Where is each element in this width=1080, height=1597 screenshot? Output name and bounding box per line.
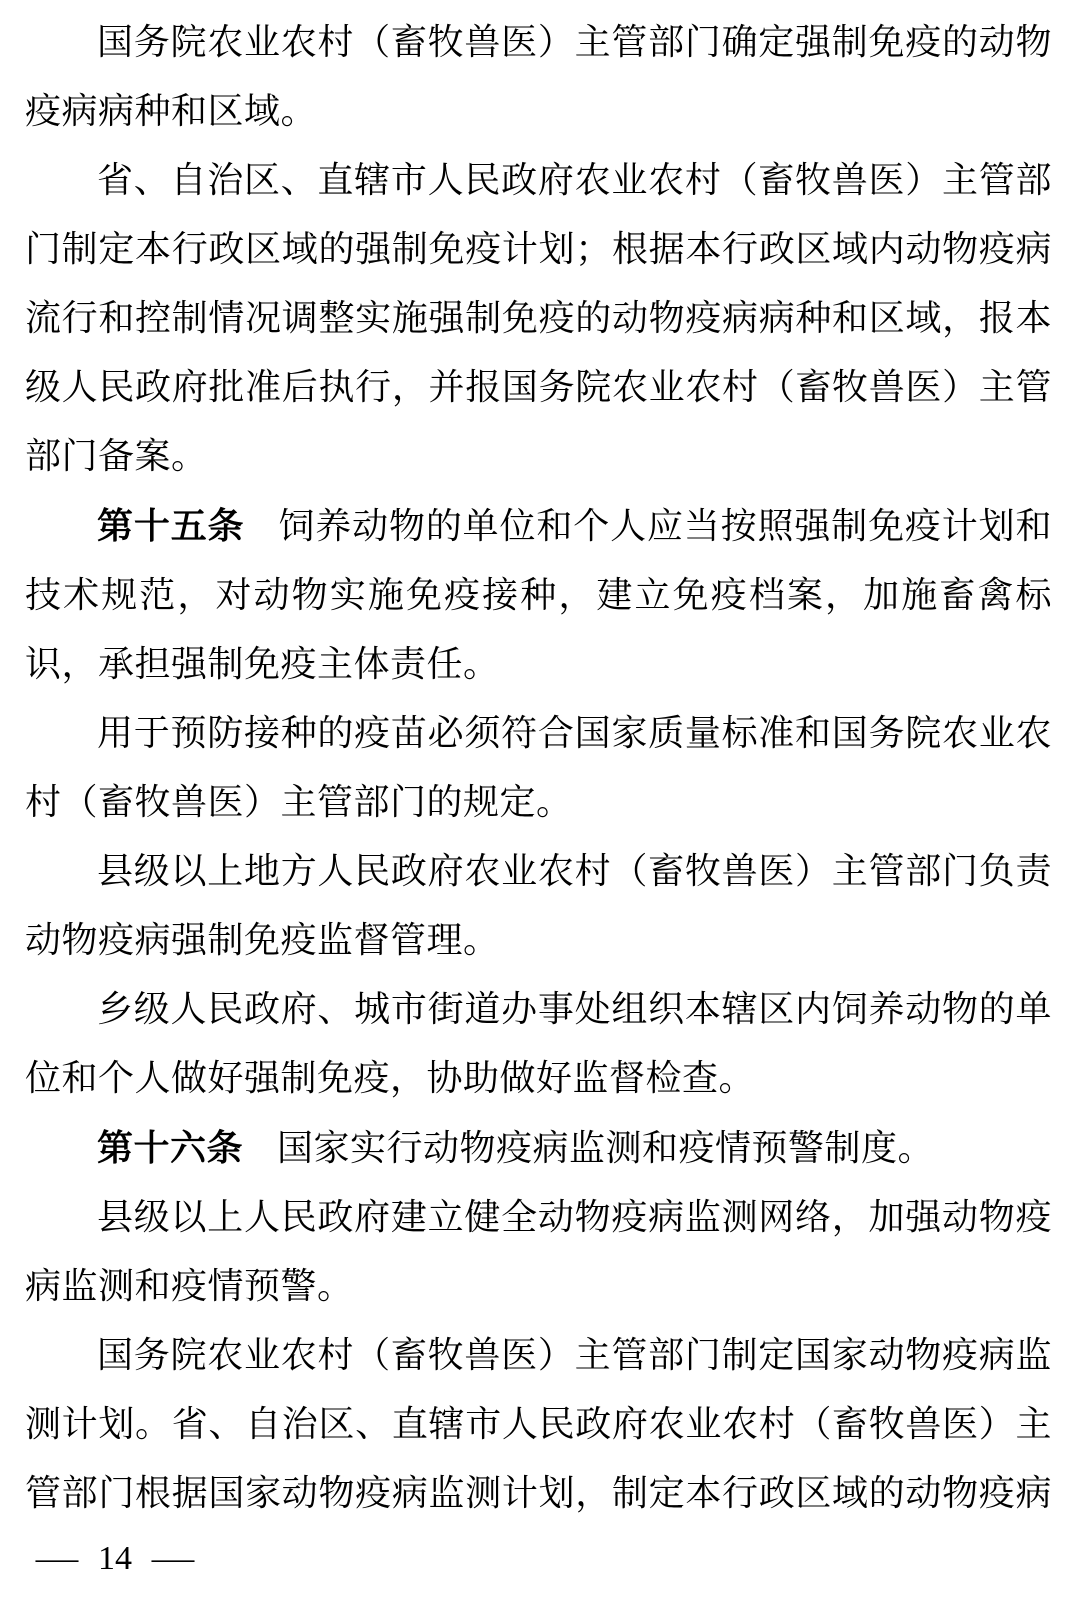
article-heading: 第十五条 (97, 505, 244, 546)
text-line: 国务院农业农村（畜牧兽医）主管部门制定国家动物疫病监 (25, 1321, 1052, 1390)
text-line: 国务院农业农村（畜牧兽医）主管部门确定强制免疫的动物 (25, 8, 1052, 77)
text-line: 流行和控制情况调整实施强制免疫的动物疫病病种和区域，报本 (25, 284, 1052, 353)
text-line: 管部门根据国家动物疫病监测计划，制定本行政区域的动物疫病 (25, 1459, 1052, 1528)
article-heading: 第十六条 (97, 1127, 243, 1168)
paragraph: 用于预防接种的疫苗必须符合国家质量标准和国务院农业农 村（畜牧兽医）主管部门的规… (25, 699, 1052, 837)
paragraph: 乡级人民政府、城市街道办事处组织本辖区内饲养动物的单 位和个人做好强制免疫，协助… (25, 975, 1052, 1113)
text-line: 县级以上人民政府建立健全动物疫病监测网络，加强动物疫 (25, 1183, 1052, 1252)
paragraph: 县级以上人民政府建立健全动物疫病监测网络，加强动物疫 病监测和疫情预警。 (25, 1183, 1052, 1321)
document-body: 国务院农业农村（畜牧兽医）主管部门确定强制免疫的动物 疫病病种和区域。 省、自治… (25, 8, 1052, 1528)
text-line: 测计划。省、自治区、直辖市人民政府农业农村（畜牧兽医）主 (25, 1390, 1052, 1459)
footer-dash-right: — (152, 1540, 195, 1578)
page-number: 14 (98, 1540, 132, 1578)
paragraph: 国务院农业农村（畜牧兽医）主管部门确定强制免疫的动物 疫病病种和区域。 (25, 8, 1052, 146)
text-line: 部门备案。 (25, 422, 1052, 491)
text-line: 位和个人做好强制免疫，协助做好监督检查。 (25, 1044, 1052, 1113)
text-line: 省、自治区、直辖市人民政府农业农村（畜牧兽医）主管部 (25, 146, 1052, 215)
text-line: 县级以上地方人民政府农业农村（畜牧兽医）主管部门负责 (25, 837, 1052, 906)
text-line: 疫病病种和区域。 (25, 77, 1052, 146)
text-line: 病监测和疫情预警。 (25, 1252, 1052, 1321)
article-lead-text: 国家实行动物疫病监测和疫情预警制度。 (277, 1128, 934, 1168)
text-line: 动物疫病强制免疫监督管理。 (25, 906, 1052, 975)
article-lead-text: 饲养动物的单位和个人应当按照强制免疫计划和 (278, 506, 1052, 546)
paragraph: 省、自治区、直辖市人民政府农业农村（畜牧兽医）主管部 门制定本行政区域的强制免疫… (25, 146, 1052, 491)
page-footer: — 14 — (40, 1534, 190, 1584)
text-line: 技术规范，对动物实施免疫接种，建立免疫档案，加施畜禽标 (25, 561, 1052, 630)
paragraph-article-16: 第十六条国家实行动物疫病监测和疫情预警制度。 (25, 1113, 1052, 1183)
text-line: 级人民政府批准后执行，并报国务院农业农村（畜牧兽医）主管 (25, 353, 1052, 422)
footer-dash-left: — (36, 1540, 79, 1578)
text-line: 第十五条饲养动物的单位和个人应当按照强制免疫计划和 (25, 491, 1052, 561)
paragraph: 国务院农业农村（畜牧兽医）主管部门制定国家动物疫病监 测计划。省、自治区、直辖市… (25, 1321, 1052, 1528)
text-line: 村（畜牧兽医）主管部门的规定。 (25, 768, 1052, 837)
text-line: 门制定本行政区域的强制免疫计划；根据本行政区域内动物疫病 (25, 215, 1052, 284)
text-line: 第十六条国家实行动物疫病监测和疫情预警制度。 (25, 1113, 1052, 1183)
paragraph: 县级以上地方人民政府农业农村（畜牧兽医）主管部门负责 动物疫病强制免疫监督管理。 (25, 837, 1052, 975)
text-line: 用于预防接种的疫苗必须符合国家质量标准和国务院农业农 (25, 699, 1052, 768)
paragraph-article-15: 第十五条饲养动物的单位和个人应当按照强制免疫计划和 技术规范，对动物实施免疫接种… (25, 491, 1052, 699)
text-line: 乡级人民政府、城市街道办事处组织本辖区内饲养动物的单 (25, 975, 1052, 1044)
text-line: 识，承担强制免疫主体责任。 (25, 630, 1052, 699)
